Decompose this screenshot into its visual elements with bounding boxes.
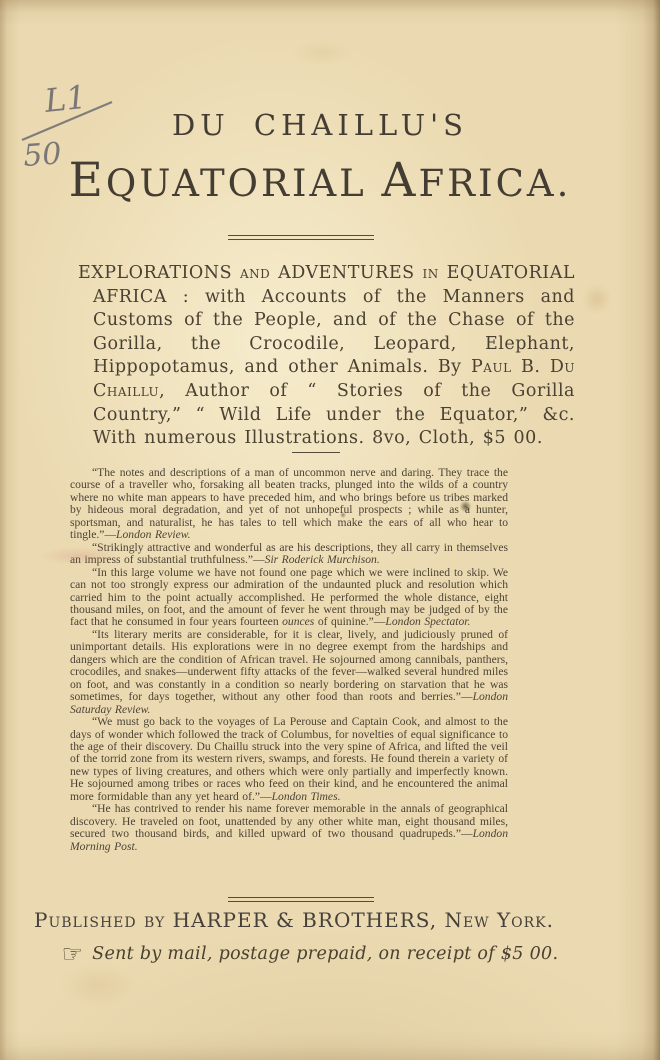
book-description: EXPLORATIONS and ADVENTURES in EQUATORIA… xyxy=(78,262,575,451)
review-paragraph: “Strikingly attractive and wonderful as … xyxy=(70,542,508,567)
review-paragraph: “The notes and descriptions of a man of … xyxy=(70,467,508,542)
publisher-line: Published by HARPER & BROTHERS, New York… xyxy=(0,908,624,932)
review-paragraph: “Its literary merits are considerable, f… xyxy=(70,629,508,716)
publisher-divider xyxy=(228,897,374,902)
title-divider xyxy=(228,235,374,240)
book-title: EQUATORIAL AFRICA. xyxy=(0,157,650,208)
press-reviews: “The notes and descriptions of a man of … xyxy=(70,467,508,853)
mail-notice: ☞Sent by mail, postage prepaid, on recei… xyxy=(0,940,640,968)
pointing-hand-icon: ☞ xyxy=(62,940,84,968)
age-stain xyxy=(58,962,138,1008)
description-divider xyxy=(292,452,340,453)
foxing-spot xyxy=(582,282,612,316)
book-author-title: DU CHAILLU'S xyxy=(0,108,650,142)
review-paragraph: “He has contrived to render his name for… xyxy=(70,803,508,853)
mail-notice-text: Sent by mail, postage prepaid, on receip… xyxy=(92,944,558,964)
review-paragraph: “We must go back to the voyages of La Pe… xyxy=(70,716,508,803)
age-stain xyxy=(292,40,352,66)
scanned-book-page: L1 50 DU CHAILLU'S EQUATORIAL AFRICA. EX… xyxy=(0,0,660,1060)
review-paragraph: “In this large volume we have not found … xyxy=(70,567,508,629)
